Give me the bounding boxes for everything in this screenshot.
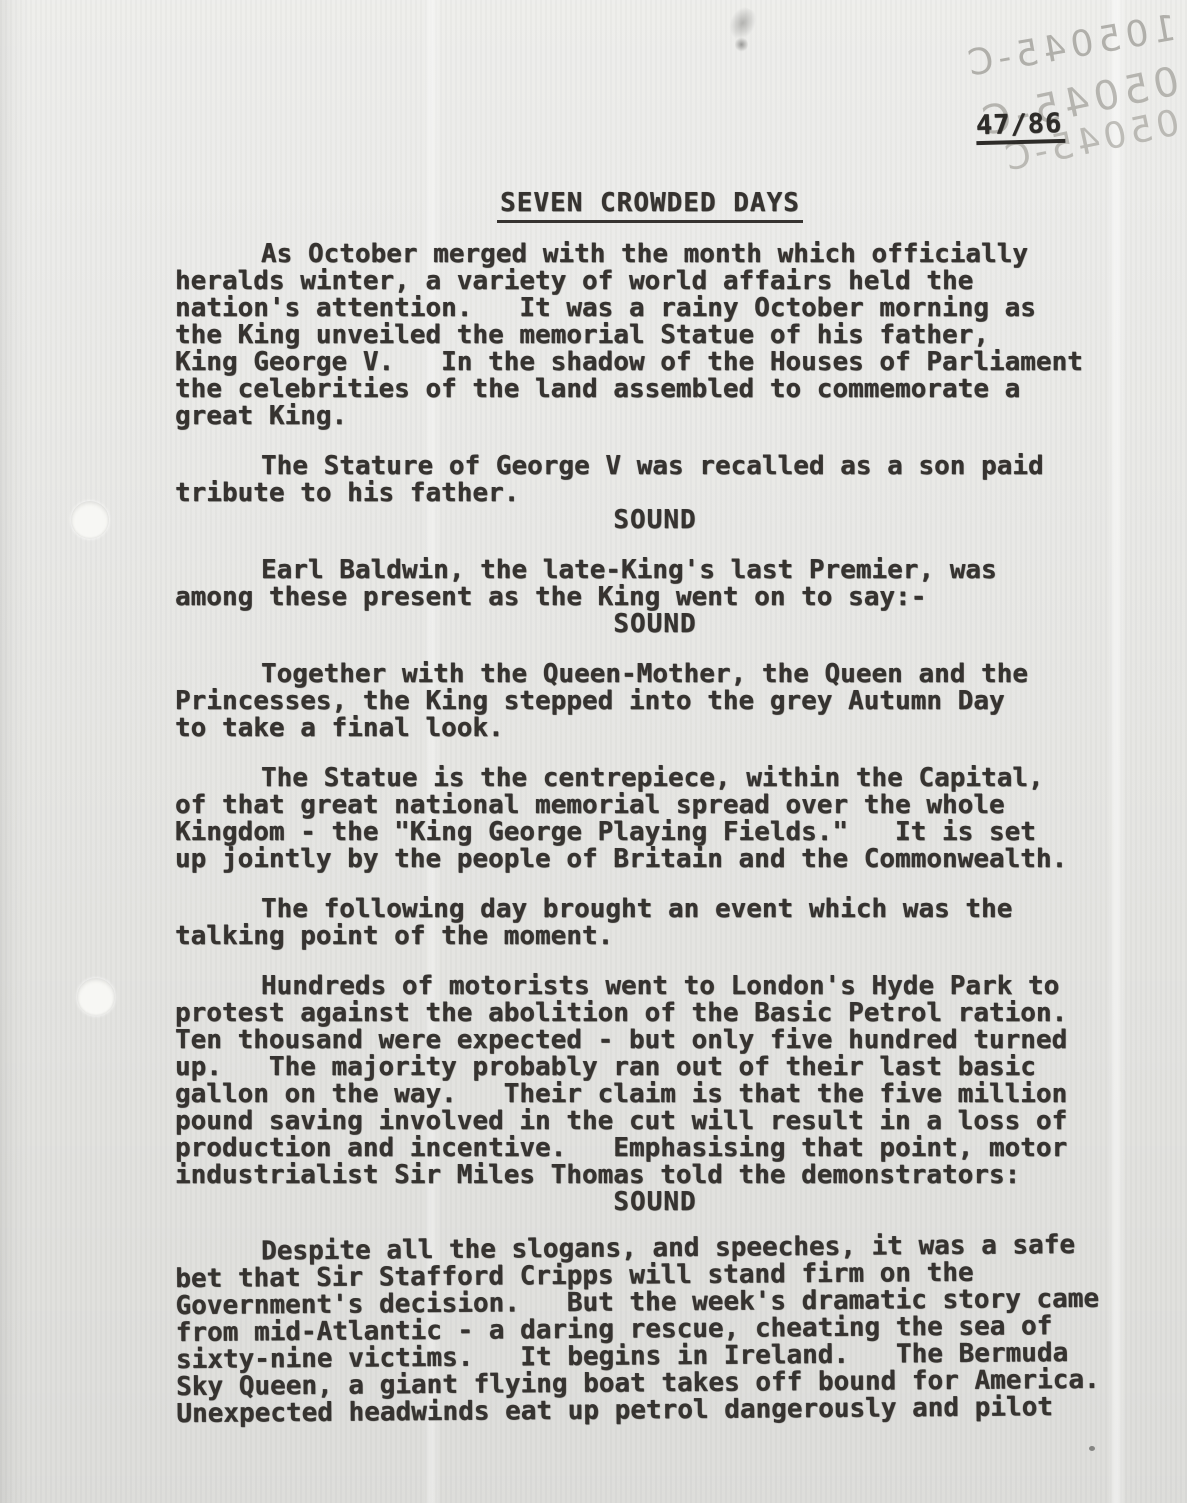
- sound-cue: SOUND: [185, 507, 1125, 534]
- ink-speck: [1089, 1446, 1095, 1451]
- paragraph: As October merged with the month which o…: [175, 241, 1115, 430]
- ink-smudge: [709, 0, 767, 57]
- document-title: SEVEN CROWDED DAYS: [180, 190, 1120, 217]
- ink-smudge-dot: [735, 37, 748, 52]
- document-body: SEVEN CROWDED DAYSAs October merged with…: [175, 190, 1115, 1428]
- punch-hole-bottom: [77, 978, 115, 1016]
- page-number-stamp: 47/86: [976, 109, 1066, 145]
- paragraph: Together with the Queen-Mother, the Quee…: [175, 661, 1115, 742]
- pencil-mark-mirrored-1: 105045-C: [960, 8, 1179, 86]
- paragraph: The Statue is the centrepiece, within th…: [175, 765, 1115, 873]
- sound-cue: SOUND: [185, 1189, 1125, 1216]
- paragraph: The Stature of George V was recalled as …: [175, 453, 1115, 507]
- paragraph: Hundreds of motorists went to London's H…: [175, 973, 1115, 1189]
- paragraph: Despite all the slogans, and speeches, i…: [175, 1232, 1116, 1428]
- paragraph: The following day brought an event which…: [175, 896, 1115, 950]
- scanned-typescript-page: { "page": { "stamp_number": "47/86", "pe…: [0, 0, 1187, 1503]
- punch-hole-top: [71, 501, 109, 539]
- paragraph: Earl Baldwin, the late-King's last Premi…: [175, 557, 1115, 611]
- sound-cue: SOUND: [185, 611, 1125, 638]
- document-title-text: SEVEN CROWDED DAYS: [497, 188, 803, 223]
